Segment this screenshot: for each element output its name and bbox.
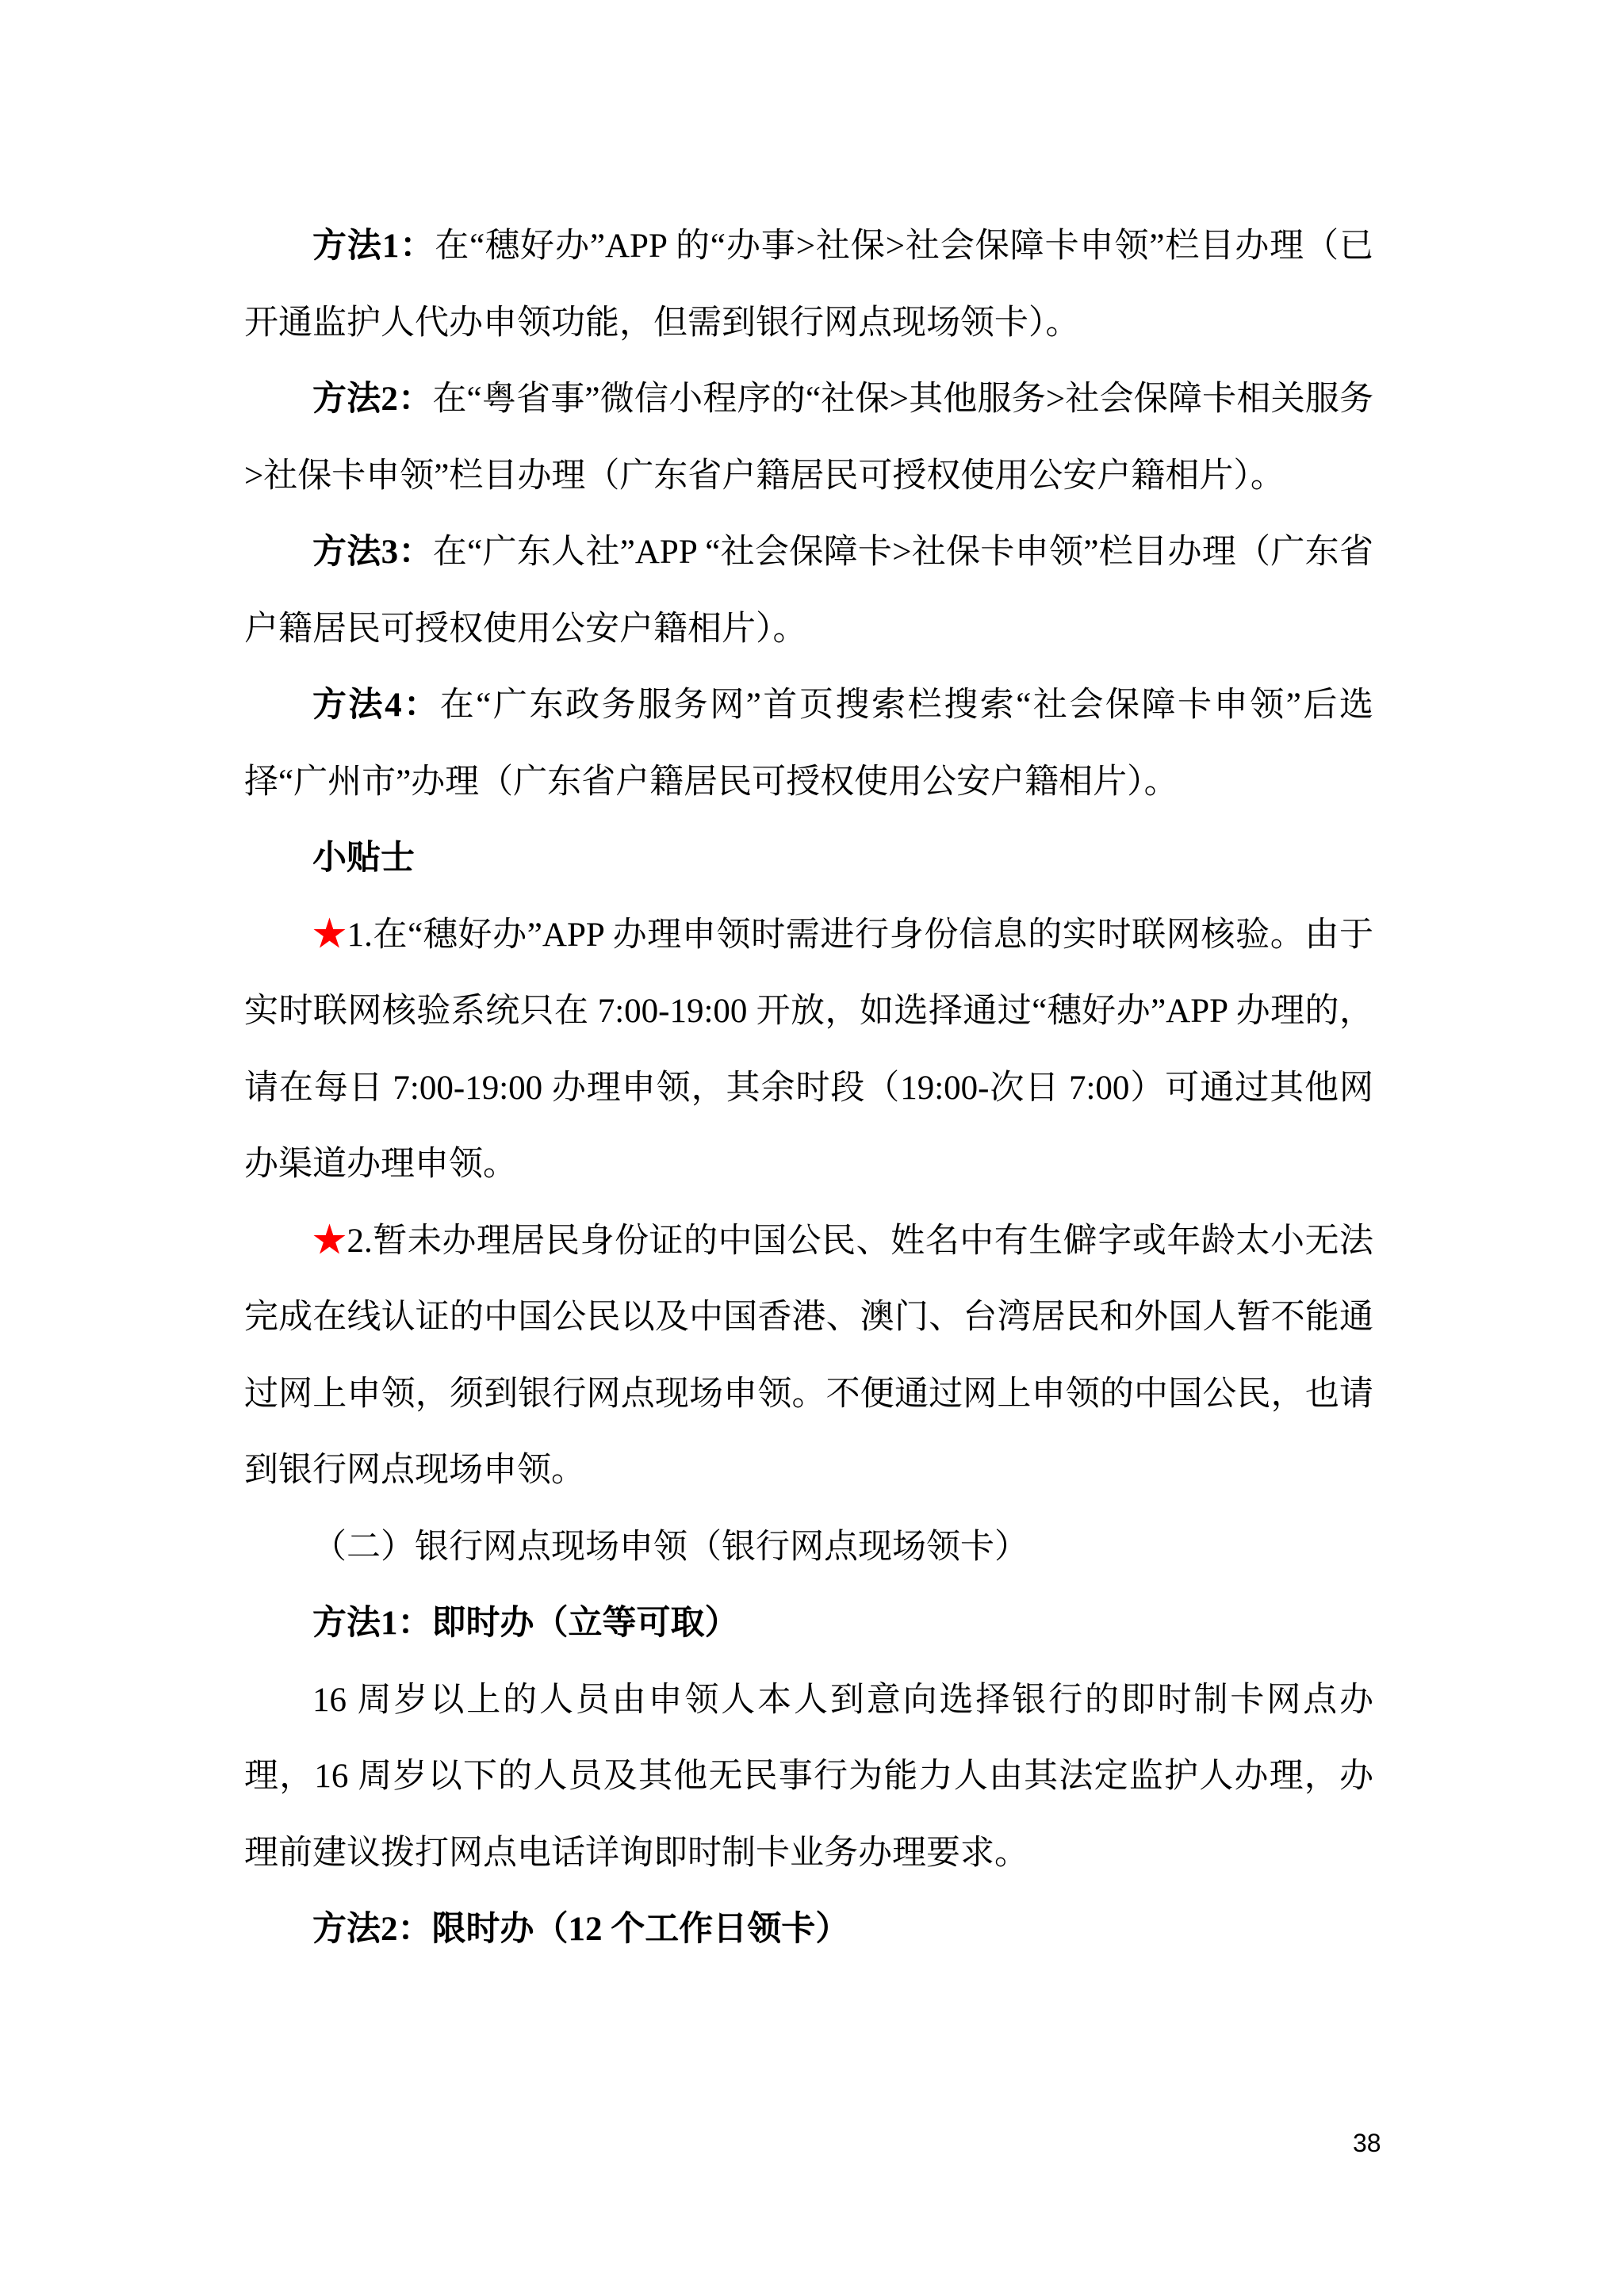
document-page: 方法1：在“穗好办”APP 的“办事>社保>社会保障卡申领”栏目办理（已开通监护… bbox=[0, 0, 1624, 2296]
paragraph-method4-online: 方法4：在“广东政务服务网”首页搜索栏搜索“社会保障卡申领”后选择“广州市”办理… bbox=[244, 668, 1373, 821]
tip2-text: 2.暂未办理居民身份证的中国公民、姓名中有生僻字或年龄太小无法完成在线认证的中国… bbox=[244, 1223, 1373, 1490]
document-body: 方法1：在“穗好办”APP 的“办事>社保>社会保障卡申领”栏目办理（已开通监护… bbox=[244, 209, 1373, 1969]
red-star-icon: ★ bbox=[312, 916, 347, 954]
paragraph-method2-online: 方法2：在“粤省事”微信小程序的“社保>其他服务>社会保障卡相关服务>社保卡申领… bbox=[244, 362, 1373, 515]
tip1-text: 1.在“穗好办”APP 办理申领时需进行身份信息的实时联网核验。由于实时联网核验… bbox=[244, 916, 1373, 1184]
paragraph-method3-online: 方法3：在“广东人社”APP “社会保障卡>社保卡申领”栏目办理（广东省户籍居民… bbox=[244, 515, 1373, 668]
red-star-icon: ★ bbox=[312, 1223, 347, 1260]
method1-bank-heading: 方法1：即时办（立等可取） bbox=[244, 1586, 1373, 1663]
paragraph-tip1: ★1.在“穗好办”APP 办理申领时需进行身份信息的实时联网核验。由于实时联网核… bbox=[244, 897, 1373, 1203]
tips-heading: 小贴士 bbox=[244, 821, 1373, 897]
method3-online-label: 方法3： bbox=[312, 534, 433, 571]
page-number: 38 bbox=[1353, 2130, 1381, 2157]
section2-heading: （二）银行网点现场申领（银行网点现场领卡） bbox=[244, 1510, 1373, 1586]
method1-online-label: 方法1： bbox=[312, 228, 435, 265]
method2-online-label: 方法2： bbox=[312, 381, 432, 418]
method4-online-label: 方法4： bbox=[312, 687, 440, 724]
paragraph-method1-online: 方法1：在“穗好办”APP 的“办事>社保>社会保障卡申领”栏目办理（已开通监护… bbox=[244, 209, 1373, 362]
method2-bank-heading: 方法2：限时办（12 个工作日领卡） bbox=[244, 1892, 1373, 1969]
paragraph-method1-bank-body: 16 周岁以上的人员由申领人本人到意向选择银行的即时制卡网点办理，16 周岁以下… bbox=[244, 1663, 1373, 1892]
paragraph-tip2: ★2.暂未办理居民身份证的中国公民、姓名中有生僻字或年龄太小无法完成在线认证的中… bbox=[244, 1203, 1373, 1510]
